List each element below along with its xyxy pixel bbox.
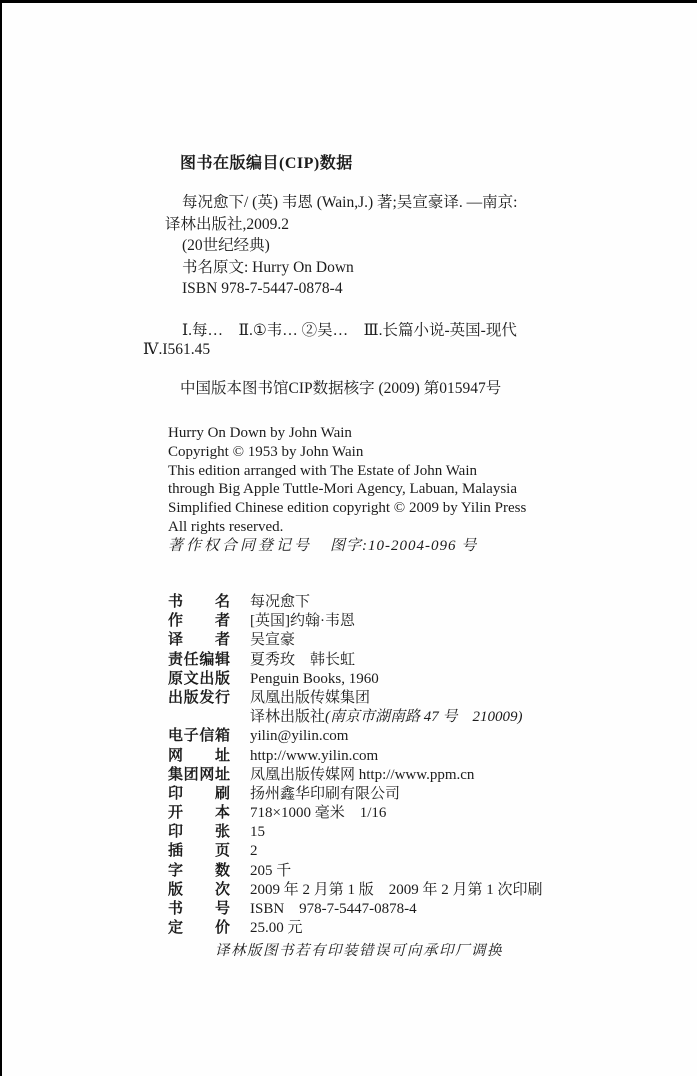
scan-edge-top — [0, 0, 697, 3]
colophon-table: 书名 每况愈下 作者 [英国]约翰·韦恩 译者 吴宣豪 责任编辑 夏秀玫 韩长虹… — [168, 593, 648, 960]
copyright-line: through Big Apple Tuttle-Mori Agency, La… — [168, 480, 608, 499]
colophon-row-value: 15 — [250, 823, 265, 842]
colophon-row: 插页 2 — [168, 842, 648, 861]
scan-edge-left — [0, 0, 2, 1076]
cip-record-line: 书名原文: Hurry On Down — [165, 257, 595, 279]
colophon-row: 版次 2009 年 2 月第 1 版 2009 年 2 月第 1 次印刷 — [168, 881, 648, 900]
colophon-row: 责任编辑 夏秀玫 韩长虹 — [168, 651, 648, 670]
colophon-row: 印刷 扬州鑫华印刷有限公司 — [168, 785, 648, 804]
colophon-note: 译林版图书若有印装错误可向承印厂调换 — [215, 939, 648, 960]
colophon-row-value: 2009 年 2 月第 1 版 2009 年 2 月第 1 次印刷 — [250, 881, 543, 900]
cip-record-line: 每况愈下/ (英) 韦恩 (Wain,J.) 著;吴宣豪译. —南京: — [165, 192, 595, 214]
cip-record: 每况愈下/ (英) 韦恩 (Wain,J.) 著;吴宣豪译. —南京: 译林出版… — [165, 192, 595, 300]
colophon-row-label: 印张 — [168, 823, 230, 842]
colophon-row-value: 凤凰出版传媒集团 — [250, 689, 370, 708]
colophon-row: 电子信箱 yilin@yilin.com — [168, 727, 648, 746]
registration-value: 图字:10-2004-096 号 — [330, 538, 477, 554]
colophon-row-value: yilin@yilin.com — [250, 727, 348, 746]
colophon-row-label: 作者 — [168, 612, 230, 631]
colophon-row-label: 插页 — [168, 842, 230, 861]
colophon-row-value: Penguin Books, 1960 — [250, 670, 379, 689]
colophon-row-value: 扬州鑫华印刷有限公司 — [250, 785, 400, 804]
colophon-row-value: [英国]约翰·韦恩 — [250, 612, 355, 631]
copyright-line: Simplified Chinese edition copyright © 2… — [168, 499, 608, 518]
colophon-row: 字数 205 千 — [168, 862, 648, 881]
colophon-row: 原文出版 Penguin Books, 1960 — [168, 670, 648, 689]
colophon-row-value: ISBN 978-7-5447-0878-4 — [250, 900, 417, 919]
colophon-row-label: 电子信箱 — [168, 727, 230, 746]
copyright-block: Hurry On Down by John Wain Copyright © 1… — [168, 424, 608, 556]
colophon-row: 定价 25.00 元 — [168, 919, 648, 938]
copyright-line: Copyright © 1953 by John Wain — [168, 443, 608, 462]
colophon-row-label: 网址 — [168, 747, 230, 766]
colophon-row: 书名 每况愈下 — [168, 593, 648, 612]
colophon-row-label: 集团网址 — [168, 766, 230, 785]
colophon-row-label: 定价 — [168, 919, 230, 938]
copyright-page: 图书在版编目(CIP)数据 每况愈下/ (英) 韦恩 (Wain,J.) 著;吴… — [0, 0, 697, 1076]
colophon-row-value: 205 千 — [250, 862, 291, 881]
colophon-row: 书号 ISBN 978-7-5447-0878-4 — [168, 900, 648, 919]
colophon-row-value: 吴宣豪 — [250, 631, 295, 650]
colophon-row-value: 718×1000 毫米 1/16 — [250, 804, 386, 823]
colophon-row: 开本 718×1000 毫米 1/16 — [168, 804, 648, 823]
colophon-row: 集团网址 凤凰出版传媒网 http://www.ppm.cn — [168, 766, 648, 785]
cip-record-line: ISBN 978-7-5447-0878-4 — [165, 278, 595, 300]
copyright-line: All rights reserved. — [168, 518, 608, 537]
cip-record-line: 译林出版社,2009.2 — [165, 214, 595, 236]
colophon-row-value: 2 — [250, 842, 258, 861]
registration-label: 著作权合同登记号 — [168, 538, 312, 554]
colophon-row-label: 字数 — [168, 862, 230, 881]
colophon-row-label: 译者 — [168, 631, 230, 650]
colophon-row-label: 开本 — [168, 804, 230, 823]
colophon-row-value: 25.00 元 — [250, 919, 303, 938]
colophon-row: 作者 [英国]约翰·韦恩 — [168, 612, 648, 631]
colophon-row-value-address: (南京市湖南路 47 号 210009) — [325, 709, 523, 725]
colophon-row-label: 责任编辑 — [168, 651, 230, 670]
copyright-line: This edition arranged with The Estate of… — [168, 462, 608, 481]
colophon-row: 网址 http://www.yilin.com — [168, 747, 648, 766]
colophon-row-value: 译林出版社(南京市湖南路 47 号 210009) — [250, 708, 523, 727]
colophon-row: 译林出版社(南京市湖南路 47 号 210009) — [168, 708, 648, 727]
colophon-row-value: 凤凰出版传媒网 http://www.ppm.cn — [250, 766, 474, 785]
colophon-row-label: 书名 — [168, 593, 230, 612]
colophon-row-label: 原文出版 — [168, 670, 230, 689]
copyright-registration: 著作权合同登记号图字:10-2004-096 号 — [168, 537, 608, 556]
colophon-row-label: 书号 — [168, 900, 230, 919]
colophon-row-value: 每况愈下 — [250, 593, 310, 612]
cip-registry-number: 中国版本图书馆CIP数据核字 (2009) 第015947号 — [180, 376, 501, 398]
colophon-row: 印张 15 — [168, 823, 648, 842]
colophon-row: 出版发行 凤凰出版传媒集团 — [168, 689, 648, 708]
colophon-row-value: http://www.yilin.com — [250, 747, 378, 766]
colophon-row-label: 印刷 — [168, 785, 230, 804]
cip-header: 图书在版编目(CIP)数据 — [180, 150, 353, 173]
cip-record-line: (20世纪经典) — [165, 235, 595, 257]
cip-classification-line1: Ⅰ.每… Ⅱ.①韦… ②吴… Ⅲ.长篇小说-英国-现代 — [182, 318, 517, 340]
copyright-line: Hurry On Down by John Wain — [168, 424, 608, 443]
colophon-row: 译者 吴宣豪 — [168, 631, 648, 650]
colophon-row-label: 出版发行 — [168, 689, 230, 708]
cip-classification-line2: Ⅳ.I561.45 — [143, 340, 210, 359]
colophon-row-value: 夏秀玫 韩长虹 — [250, 651, 355, 670]
colophon-row-label: 版次 — [168, 881, 230, 900]
